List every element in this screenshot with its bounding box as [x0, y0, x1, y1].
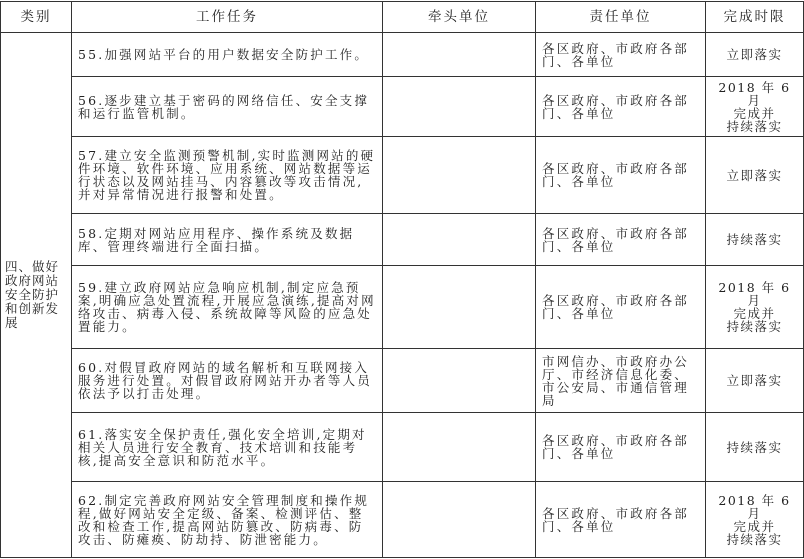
- table-row: 62.制定完善政府网站安全管理制度和操作规程,做好网站安全定级、备案、检测评估、…: [1, 482, 804, 558]
- task-cell: 59.建立政府网站应急响应机制,制定应急预案,明确应急处置流程,开展应急演练,提…: [72, 266, 383, 349]
- deadline-cell: 持续落实: [706, 214, 804, 266]
- deadline-cell: 持续落实: [706, 413, 804, 482]
- task-cell: 55.加强网站平台的用户数据安全防护工作。: [72, 33, 383, 77]
- table-row: 56.逐步建立基于密码的网络信任、安全支撑和运行监管机制。 各区政府、市政府各部…: [1, 77, 804, 137]
- header-deadline: 完成时限: [706, 2, 804, 33]
- table-row: 58.定期对网站应用程序、操作系统及数据库、管理终端进行全面扫描。 各区政府、市…: [1, 214, 804, 266]
- deadline-cell: 2018 年 6 月 完成并 持续落实: [706, 77, 804, 137]
- deadline-cell: 2018 年 6 月 完成并 持续落实: [706, 266, 804, 349]
- table-row: 61.落实安全保护责任,强化安全培训,定期对相关人员进行安全教育、技术培训和技能…: [1, 413, 804, 482]
- task-cell: 57.建立安全监测预警机制,实时监测网站的硬件环境、软件环境、应用系统、网站数据…: [72, 137, 383, 214]
- table-row: 59.建立政府网站应急响应机制,制定应急预案,明确应急处置流程,开展应急演练,提…: [1, 266, 804, 349]
- table-row: 四、做好政府网站安全防护和创新发展 55.加强网站平台的用户数据安全防护工作。 …: [1, 33, 804, 77]
- table-row: 60.对假冒政府网站的域名解析和互联网接入服务进行处置。对假冒政府网站开办者等人…: [1, 349, 804, 413]
- deadline-cell: 立即落实: [706, 137, 804, 214]
- task-table: 类别 工作任务 牵头单位 责任单位 完成时限 四、做好政府网站安全防护和创新发展…: [0, 1, 804, 558]
- responsible-unit-cell: 各区政府、市政府各部门、各单位: [536, 137, 706, 214]
- responsible-unit-cell: 各区政府、市政府各部门、各单位: [536, 482, 706, 558]
- task-cell: 62.制定完善政府网站安全管理制度和操作规程,做好网站安全定级、备案、检测评估、…: [72, 482, 383, 558]
- lead-unit-cell: [383, 137, 536, 214]
- deadline-cell: 2018 年 6 月 完成并 持续落实: [706, 482, 804, 558]
- task-cell: 60.对假冒政府网站的域名解析和互联网接入服务进行处置。对假冒政府网站开办者等人…: [72, 349, 383, 413]
- header-task: 工作任务: [72, 2, 383, 33]
- task-cell: 61.落实安全保护责任,强化安全培训,定期对相关人员进行安全教育、技术培训和技能…: [72, 413, 383, 482]
- deadline-cell: 立即落实: [706, 349, 804, 413]
- responsible-unit-cell: 各区政府、市政府各部门、各单位: [536, 33, 706, 77]
- header-lead-unit: 牵头单位: [383, 2, 536, 33]
- header-responsible-unit: 责任单位: [536, 2, 706, 33]
- deadline-cell: 立即落实: [706, 33, 804, 77]
- lead-unit-cell: [383, 349, 536, 413]
- lead-unit-cell: [383, 413, 536, 482]
- lead-unit-cell: [383, 77, 536, 137]
- header-row: 类别 工作任务 牵头单位 责任单位 完成时限: [1, 2, 804, 33]
- responsible-unit-cell: 各区政府、市政府各部门、各单位: [536, 214, 706, 266]
- lead-unit-cell: [383, 33, 536, 77]
- responsible-unit-cell: 各区政府、市政府各部门、各单位: [536, 413, 706, 482]
- lead-unit-cell: [383, 482, 536, 558]
- lead-unit-cell: [383, 214, 536, 266]
- lead-unit-cell: [383, 266, 536, 349]
- responsible-unit-cell: 各区政府、市政府各部门、各单位: [536, 77, 706, 137]
- category-cell: 四、做好政府网站安全防护和创新发展: [1, 33, 72, 558]
- responsible-unit-cell: 各区政府、市政府各部门、各单位: [536, 266, 706, 349]
- task-cell: 58.定期对网站应用程序、操作系统及数据库、管理终端进行全面扫描。: [72, 214, 383, 266]
- task-cell: 56.逐步建立基于密码的网络信任、安全支撑和运行监管机制。: [72, 77, 383, 137]
- table-row: 57.建立安全监测预警机制,实时监测网站的硬件环境、软件环境、应用系统、网站数据…: [1, 137, 804, 214]
- responsible-unit-cell: 市网信办、市政府办公厅、市经济信息化委、市公安局、市通信管理局: [536, 349, 706, 413]
- header-category: 类别: [1, 2, 72, 33]
